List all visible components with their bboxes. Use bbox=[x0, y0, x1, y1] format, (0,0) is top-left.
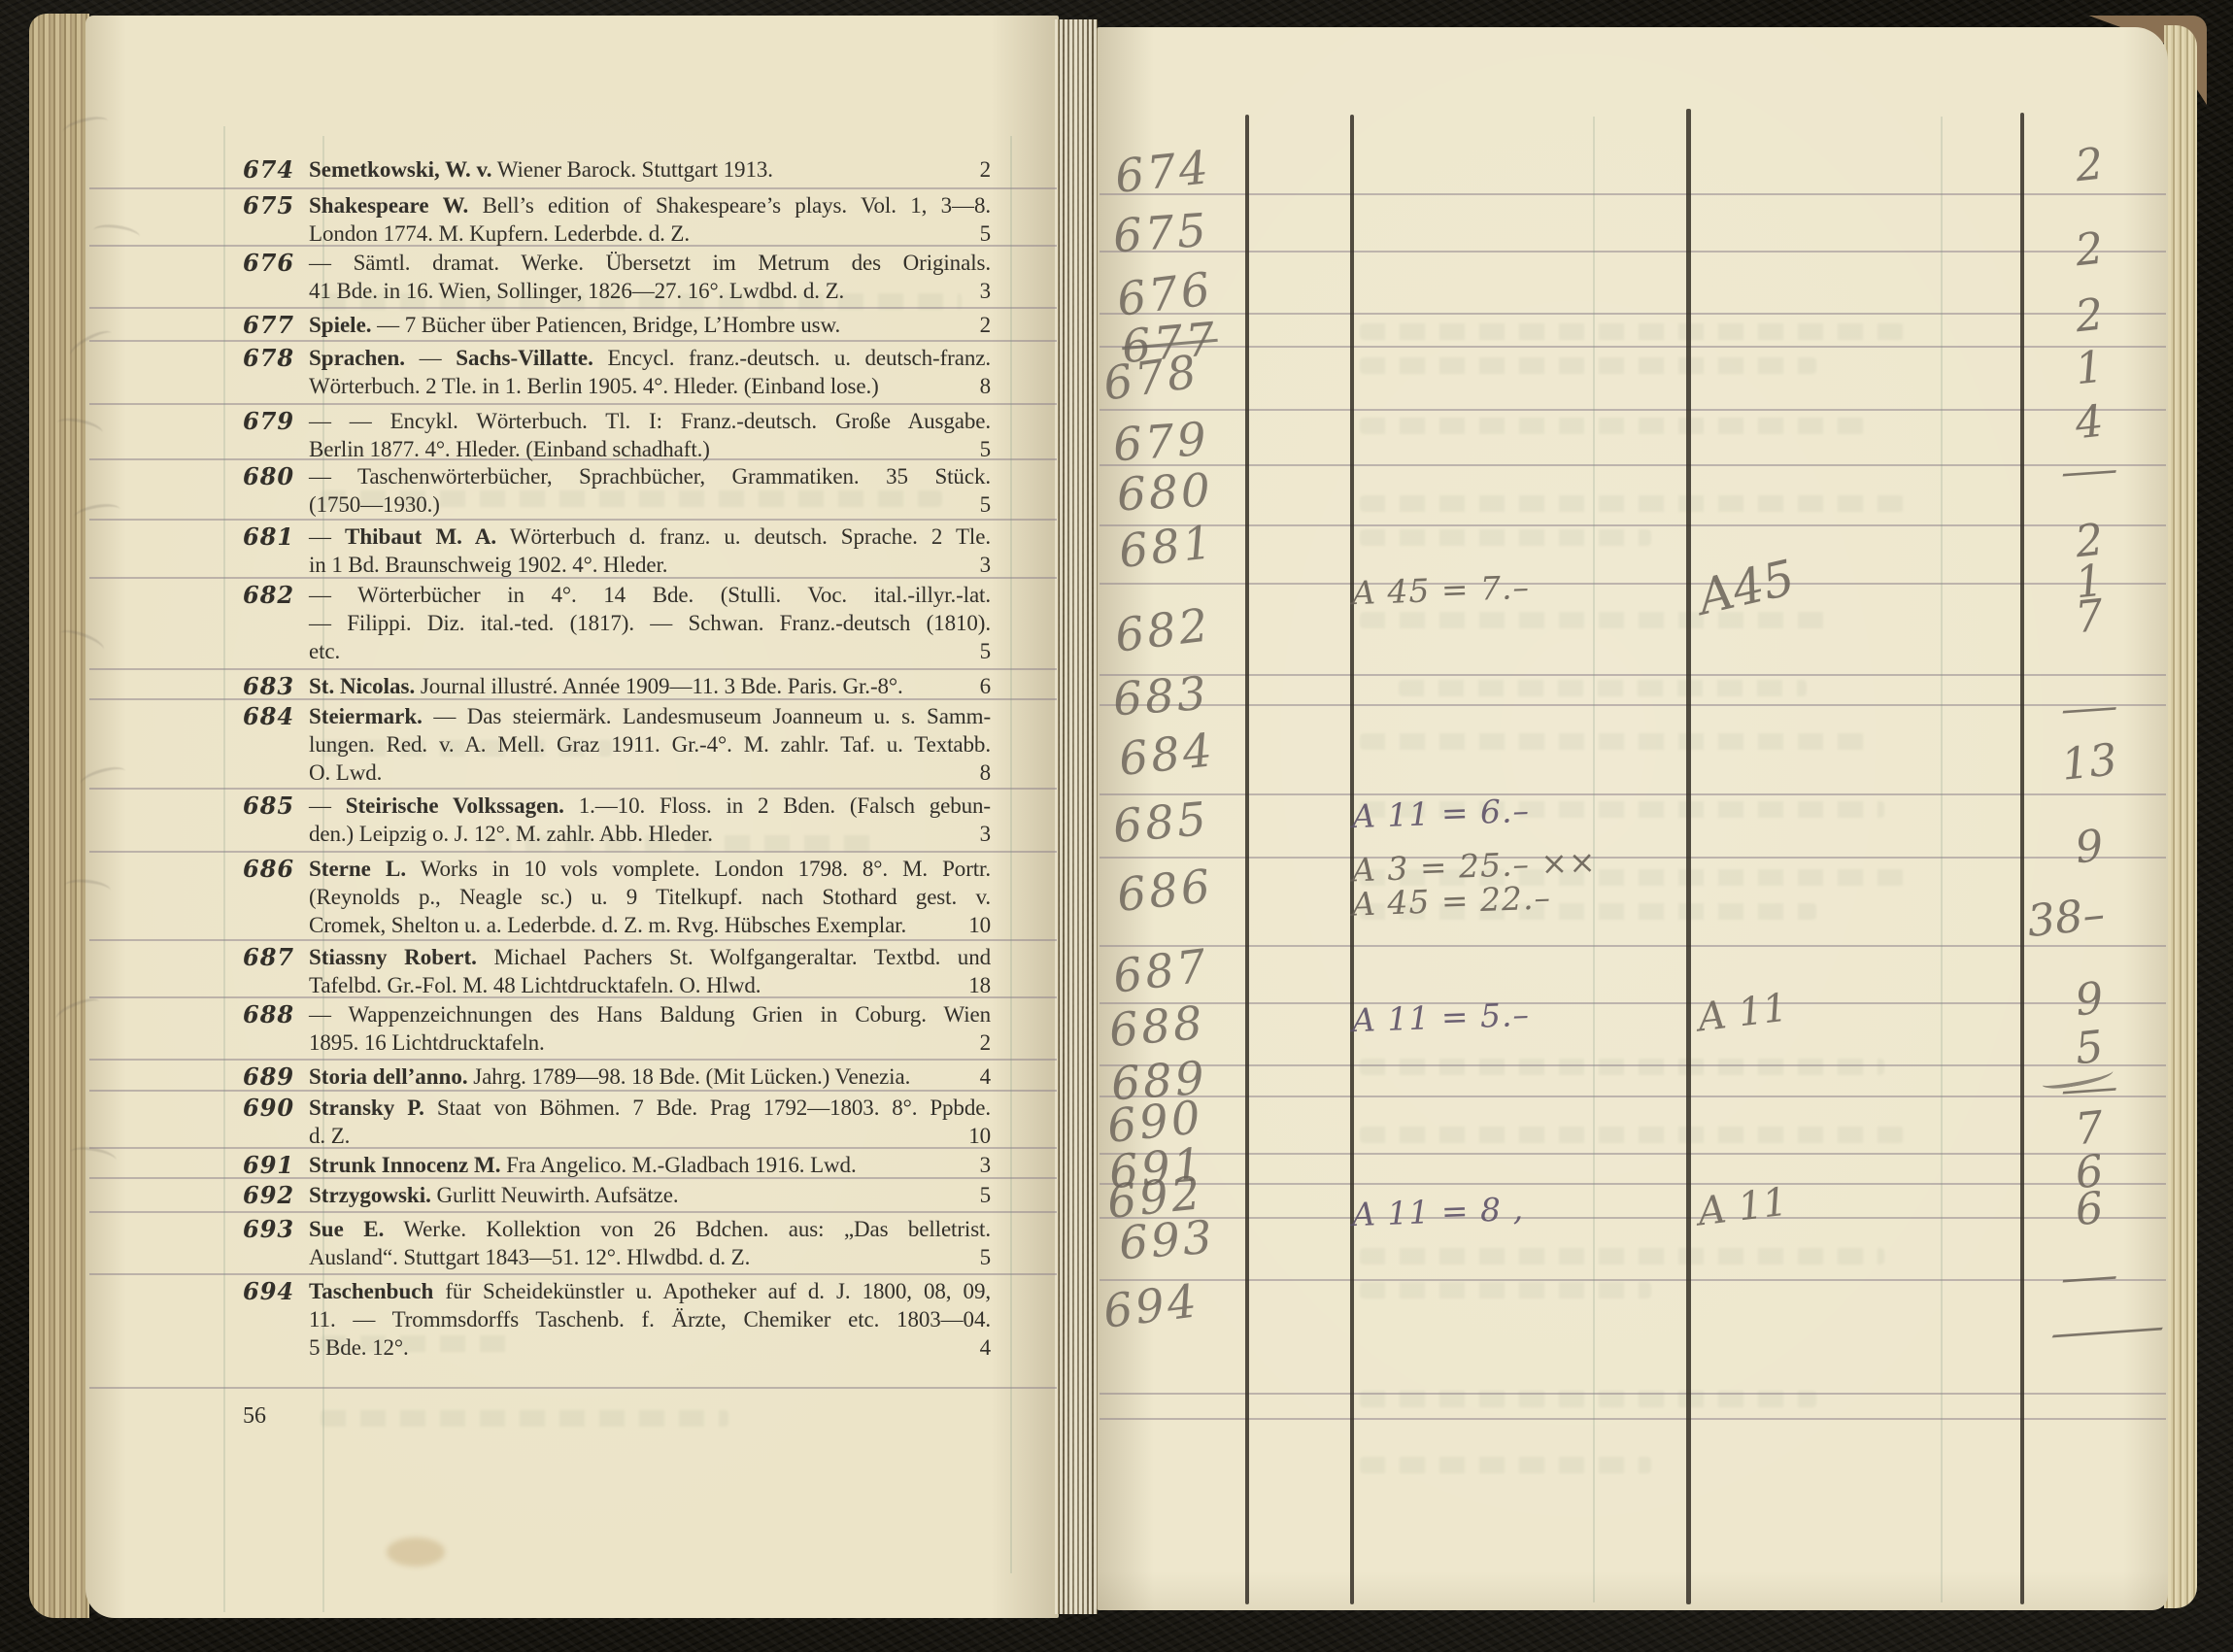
entry-lot-count: 3 bbox=[980, 820, 991, 848]
entry-lead-bold: Semetkowski, W. v. bbox=[309, 157, 492, 182]
entry-text-segment: Cromek, Shelton u. a. Lederbde. d. Z. m.… bbox=[309, 913, 906, 937]
bleed-through-column-rule bbox=[223, 126, 225, 1612]
ruled-line-right bbox=[1100, 1217, 2166, 1219]
entry-text: Strzygowski. Gurlitt Neuwirth. Aufsätze.… bbox=[309, 1181, 991, 1209]
bleed-through-text-line bbox=[1360, 418, 1865, 434]
entry-lot-count: 5 bbox=[980, 1181, 991, 1209]
entry-lead-bold: Strzygowski. bbox=[309, 1183, 431, 1207]
entry-lot-count: 10 bbox=[968, 1122, 991, 1150]
entry-text-segment: Werke. Kollektion von 26 Bdchen. aus: „D… bbox=[384, 1217, 991, 1241]
entry-lead-bold: Stiassny Robert. bbox=[309, 945, 477, 969]
entry-lead-bold: Stransky P. bbox=[309, 1096, 424, 1120]
entry-lot-count: 4 bbox=[980, 1333, 991, 1362]
ruled-line-right bbox=[1100, 793, 2166, 795]
entry-text-line: Stiassny Robert. Michael Pachers St. Wol… bbox=[309, 943, 991, 971]
entry-text-line: Steiermark. — Das steiermärk. Landesmuse… bbox=[309, 702, 991, 730]
ruled-line-left bbox=[89, 187, 1057, 189]
entry-text-line: Cromek, Shelton u. a. Lederbde. d. Z. m.… bbox=[309, 911, 991, 939]
ruled-line-right bbox=[1100, 1153, 2166, 1155]
entry-text-line: Strzygowski. Gurlitt Neuwirth. Aufsätze.… bbox=[309, 1181, 991, 1209]
entry-text-segment: Fra Angelico. M.-Gladbach 1916. Lwd. bbox=[500, 1153, 856, 1177]
entry-text: Strunk Innocenz M. Fra Angelico. M.-Glad… bbox=[309, 1151, 991, 1179]
ledger-number: 684 bbox=[1116, 724, 1217, 787]
entry-text-line: O. Lwd.8 bbox=[309, 759, 991, 787]
bleed-through-text-line bbox=[1360, 733, 1865, 750]
ruled-line-left bbox=[89, 1059, 1057, 1061]
entry-lot-count: 5 bbox=[980, 490, 991, 519]
ledger-number: 674 bbox=[1112, 141, 1213, 204]
entry-text-segment: Berlin 1877. 4°. Hleder. (Einband schadh… bbox=[309, 437, 710, 461]
entry-lot-count: 5 bbox=[980, 637, 991, 665]
ledger-number: 688 bbox=[1107, 996, 1207, 1058]
ruled-line-left bbox=[89, 788, 1057, 790]
entry-text-segment: d. Z. bbox=[309, 1124, 350, 1148]
ruled-line-left bbox=[89, 403, 1057, 405]
ruled-line-left bbox=[89, 519, 1057, 521]
bleed-through-text-line bbox=[1360, 495, 1904, 512]
ruled-line-left bbox=[89, 668, 1057, 670]
entry-text-line: 41 Bde. in 16. Wien, Sollinger, 1826—27.… bbox=[309, 277, 991, 305]
entry-text-line: d. Z.10 bbox=[309, 1122, 991, 1150]
entry-text: Sprachen. — Sachs-Villatte. Encycl. fran… bbox=[309, 344, 991, 400]
entry-text-segment: Journal illustré. Année 1909—11. 3 Bde. … bbox=[415, 674, 902, 698]
entry-text: Shakespeare W. Bell’s edition of Shakesp… bbox=[309, 191, 991, 248]
entry-lead-bold: Sue E. bbox=[309, 1217, 384, 1241]
entry-number: 689 bbox=[243, 1062, 301, 1091]
ruled-line-right bbox=[1100, 524, 2166, 526]
entry-text: Taschenbuch für Scheidekünstler u. Apoth… bbox=[309, 1277, 991, 1362]
entry-text-segment: — 7 Bücher über Patiencen, Bridge, L’Hom… bbox=[372, 313, 841, 337]
entry-text: — Thibaut M. A. Wörterbuch d. franz. u. … bbox=[309, 523, 991, 579]
entry-text-segment: — bbox=[309, 524, 345, 549]
right-page bbox=[1096, 27, 2168, 1610]
entry-number: 683 bbox=[243, 672, 301, 700]
ruled-line-right bbox=[1100, 583, 2166, 585]
entry-text: — Wappenzeichnungen des Hans Baldung Gri… bbox=[309, 1000, 991, 1057]
entry-text-segment: — bbox=[309, 793, 346, 818]
entry-text-line: Spiele. — 7 Bücher über Patiencen, Bridg… bbox=[309, 311, 991, 339]
ruled-line-right bbox=[1100, 1002, 2166, 1004]
entry-text-segment: etc. bbox=[309, 639, 340, 663]
entry-lead-bold: St. Nicolas. bbox=[309, 674, 415, 698]
bleed-through-text-line bbox=[1360, 357, 1816, 374]
entry-text-segment: Michael Pachers St. Wolfgangeraltar. Tex… bbox=[477, 945, 991, 969]
entry-text-line: St. Nicolas. Journal illustré. Année 190… bbox=[309, 672, 991, 700]
entry-text-line: Shakespeare W. Bell’s edition of Shakesp… bbox=[309, 191, 991, 219]
entry-lot-count: 5 bbox=[980, 1243, 991, 1271]
entry-text-segment: (1750—1930.) bbox=[309, 492, 440, 517]
entry-text-segment: Tafelbd. Gr.-Fol. M. 48 Lichtdrucktafeln… bbox=[309, 973, 761, 997]
entry-text: Stiassny Robert. Michael Pachers St. Wol… bbox=[309, 943, 991, 999]
bleed-through-column-rule bbox=[1010, 136, 1012, 1573]
ruled-line-left bbox=[89, 939, 1057, 941]
entry-text-line: den.) Leipzig o. J. 12°. M. zahlr. Abb. … bbox=[309, 820, 991, 848]
entry-text-segment: Encycl. franz.-deutsch. u. deutsch-franz… bbox=[593, 346, 991, 370]
entry-text-line: — Wappenzeichnungen des Hans Baldung Gri… bbox=[309, 1000, 991, 1028]
entry-text-segment: — bbox=[405, 346, 456, 370]
ledger-annotation: A 45 = 22.– bbox=[1351, 878, 1551, 923]
entry-number: 675 bbox=[243, 191, 301, 219]
bleed-through-text-line bbox=[1360, 1248, 1884, 1264]
entry-text-line: (1750—1930.)5 bbox=[309, 490, 991, 519]
entry-text: Semetkowski, W. v. Wiener Barock. Stuttg… bbox=[309, 155, 991, 184]
entry-text: — Taschenwörterbücher, Sprachbücher, Gra… bbox=[309, 462, 991, 519]
ledger-column-rule bbox=[1686, 109, 1691, 1604]
entry-text-segment: Gurlitt Neuwirth. Aufsätze. bbox=[431, 1183, 679, 1207]
entry-text-segment: den.) Leipzig o. J. 12°. M. zahlr. Abb. … bbox=[309, 822, 713, 846]
entry-lead-bold: Sterne L. bbox=[309, 857, 406, 881]
entry-text-line: — Taschenwörterbücher, Sprachbücher, Gra… bbox=[309, 462, 991, 490]
ledger-number: 693 bbox=[1117, 1211, 1216, 1271]
entry-number: 676 bbox=[243, 249, 301, 277]
entry-lead-bold: Strunk Innocenz M. bbox=[309, 1153, 500, 1177]
entry-text-segment: — Taschenwörterbücher, Sprachbücher, Gra… bbox=[309, 464, 991, 489]
entry-number: 681 bbox=[243, 523, 301, 551]
entry-number: 678 bbox=[243, 344, 301, 372]
entry-text-line: Sprachen. — Sachs-Villatte. Encycl. fran… bbox=[309, 344, 991, 372]
entry-text-segment: 41 Bde. in 16. Wien, Sollinger, 1826—27.… bbox=[309, 279, 844, 303]
bleed-through-text-line bbox=[321, 1410, 728, 1427]
ruled-line-left bbox=[89, 851, 1057, 853]
bleed-through-column-rule bbox=[1941, 117, 1943, 1602]
entry-text-line: 1895. 16 Lichtdrucktafeln.2 bbox=[309, 1028, 991, 1057]
entry-lead-bold: Steirische Volkssagen. bbox=[346, 793, 564, 818]
entry-text-segment: lungen. Red. v. A. Mell. Graz 1911. Gr.-… bbox=[309, 732, 991, 757]
ledger-column-rule bbox=[2020, 113, 2024, 1604]
entry-number: 692 bbox=[243, 1181, 301, 1209]
entry-text: — Steirische Volkssagen. 1.—10. Floss. i… bbox=[309, 792, 991, 848]
entry-text: Stransky P. Staat von Böhmen. 7 Bde. Pra… bbox=[309, 1094, 991, 1150]
entry-text-segment: Wörterbuch d. franz. u. deutsch. Sprache… bbox=[496, 524, 991, 549]
entry-text-line: (Reynolds p., Neagle sc.) u. 9 Titelkupf… bbox=[309, 883, 991, 911]
ruled-line-right bbox=[1100, 193, 2166, 195]
entry-lot-count: 5 bbox=[980, 435, 991, 463]
ruled-line-right bbox=[1100, 1183, 2166, 1185]
bleed-through-text-line bbox=[1360, 1127, 1904, 1143]
entry-text-line: Sterne L. Works in 10 vols vomplete. Lon… bbox=[309, 855, 991, 883]
entry-lot-count: 5 bbox=[980, 219, 991, 248]
ledger-number: 686 bbox=[1114, 860, 1215, 923]
bleed-through-text-line bbox=[1360, 1282, 1651, 1298]
ledger-annotation: A 45 = 7.– bbox=[1351, 568, 1530, 612]
entry-text-segment: in 1 Bd. Braunschweig 1902. 4°. Hleder. bbox=[309, 553, 667, 577]
entry-lot-count: 10 bbox=[968, 911, 991, 939]
ruled-line-right bbox=[1100, 251, 2166, 253]
entry-lot-count: 3 bbox=[980, 277, 991, 305]
entry-text-line: Berlin 1877. 4°. Hleder. (Einband schadh… bbox=[309, 435, 991, 463]
entry-lead-bold: Sachs-Villatte. bbox=[456, 346, 593, 370]
entry-text-line: Stransky P. Staat von Böhmen. 7 Bde. Pra… bbox=[309, 1094, 991, 1122]
bleed-through-text-line bbox=[1360, 1059, 1884, 1075]
entry-text-segment: Jahrg. 1789—98. 18 Bde. (Mit Lücken.) Ve… bbox=[468, 1064, 911, 1089]
ruled-line-right bbox=[1100, 1064, 2166, 1066]
ruled-line-left bbox=[89, 307, 1057, 309]
entry-lot-count: 6 bbox=[980, 672, 991, 700]
entry-text: Sue E. Werke. Kollektion von 26 Bdchen. … bbox=[309, 1215, 991, 1271]
ruled-line-left bbox=[89, 340, 1057, 342]
entry-text-segment: für Scheidekünstler u. Apotheker auf d. … bbox=[433, 1279, 991, 1303]
entry-text-line: Wörterbuch. 2 Tle. in 1. Berlin 1905. 4°… bbox=[309, 372, 991, 400]
entry-text-segment: 1895. 16 Lichtdrucktafeln. bbox=[309, 1030, 545, 1055]
entry-lead-bold: Taschenbuch bbox=[309, 1279, 433, 1303]
ruled-line-left bbox=[89, 1273, 1057, 1275]
entry-text-segment: 1.—10. Floss. in 2 Bden. (Falsch gebun- bbox=[564, 793, 991, 818]
entry-text-segment: London 1774. M. Kupfern. Lederbde. d. Z. bbox=[309, 221, 690, 246]
entry-text-line: in 1 Bd. Braunschweig 1902. 4°. Hleder.3 bbox=[309, 551, 991, 579]
bleed-through-text-line bbox=[1360, 323, 1904, 340]
ledger-annotation: A 11 = 8 , bbox=[1351, 1190, 1524, 1233]
entry-lot-count: 2 bbox=[980, 1028, 991, 1057]
entry-number: 687 bbox=[243, 943, 301, 971]
ledger-number: 683 bbox=[1111, 667, 1210, 727]
entry-text-segment: Bell’s edition of Shakespeare’s plays. V… bbox=[468, 193, 991, 218]
entry-text-line: Storia dell’anno. Jahrg. 1789—98. 18 Bde… bbox=[309, 1062, 991, 1091]
ledger-annotation: A 11 = 5.– bbox=[1351, 995, 1530, 1039]
ledger-column-rule bbox=[1245, 115, 1249, 1604]
page-number: 56 bbox=[243, 1403, 266, 1430]
entry-text-line: — — Encykl. Wörterbuch. Tl. I: Franz.-de… bbox=[309, 407, 991, 435]
entry-text-segment: Works in 10 vols vomplete. London 1798. … bbox=[406, 857, 991, 881]
entry-lot-count: 18 bbox=[968, 971, 991, 999]
entry-number: 684 bbox=[243, 702, 301, 730]
entry-number: 690 bbox=[243, 1094, 301, 1122]
entry-number: 679 bbox=[243, 407, 301, 435]
entry-text-segment: — Das steiermärk. Landesmuseum Joanneum … bbox=[423, 704, 991, 728]
entry-text-line: Ausland“. Stuttgart 1843—51. 12°. Hlwdbd… bbox=[309, 1243, 991, 1271]
entry-text-segment: — Wörterbücher in 4°. 14 Bde. (Stulli. V… bbox=[309, 583, 991, 607]
ruled-line-right bbox=[1100, 409, 2166, 411]
entry-text: Sterne L. Works in 10 vols vomplete. Lon… bbox=[309, 855, 991, 939]
page-edge-stack-left bbox=[29, 14, 89, 1618]
entry-text-line: Strunk Innocenz M. Fra Angelico. M.-Glad… bbox=[309, 1151, 991, 1179]
entry-text-line: London 1774. M. Kupfern. Lederbde. d. Z.… bbox=[309, 219, 991, 248]
ruled-line-right bbox=[1100, 313, 2166, 315]
entry-text-line: etc.5 bbox=[309, 637, 991, 665]
entry-text-segment: Staat von Böhmen. 7 Bde. Prag 1792—1803.… bbox=[424, 1096, 991, 1120]
ruled-line-left bbox=[89, 1387, 1057, 1389]
entry-lot-count: 2 bbox=[980, 311, 991, 339]
ledger-number: 685 bbox=[1111, 792, 1211, 854]
entry-text-segment: — Filippi. Diz. ital.-ted. (1817). — Sch… bbox=[309, 611, 991, 635]
entry-text-line: Taschenbuch für Scheidekünstler u. Apoth… bbox=[309, 1277, 991, 1305]
book-spread-scan: 674Semetkowski, W. v. Wiener Barock. Stu… bbox=[0, 0, 2233, 1652]
entry-text-line: Sue E. Werke. Kollektion von 26 Bdchen. … bbox=[309, 1215, 991, 1243]
ledger-number: 680 bbox=[1116, 463, 1214, 522]
entry-text-line: lungen. Red. v. A. Mell. Graz 1911. Gr.-… bbox=[309, 730, 991, 759]
bleed-through-text-line bbox=[1399, 680, 1807, 696]
entry-lead-bold: Shakespeare W. bbox=[309, 193, 468, 218]
entry-lot-count: 2 bbox=[980, 155, 991, 184]
entry-number: 686 bbox=[243, 855, 301, 883]
entry-number: 688 bbox=[243, 1000, 301, 1028]
ledger-annotation: A 11 = 6.– bbox=[1351, 792, 1530, 835]
ruled-line-right bbox=[1100, 1393, 2166, 1395]
entry-number: 680 bbox=[243, 462, 301, 490]
entry-text-line: Tafelbd. Gr.-Fol. M. 48 Lichtdrucktafeln… bbox=[309, 971, 991, 999]
ledger-number: 679 bbox=[1111, 413, 1210, 473]
entry-lot-count: 3 bbox=[980, 551, 991, 579]
entry-text: — Sämtl. dramat. Werke. Übersetzt im Met… bbox=[309, 249, 991, 305]
entry-number: 694 bbox=[243, 1277, 301, 1305]
entry-text-line: 11. — Trommsdorffs Taschenb. f. Ärzte, C… bbox=[309, 1305, 991, 1333]
entry-number: 674 bbox=[243, 155, 301, 184]
ledger-number: 681 bbox=[1116, 516, 1217, 579]
entry-text-segment: O. Lwd. bbox=[309, 760, 382, 785]
ruled-line-left bbox=[89, 1211, 1057, 1213]
entry-text-line: Semetkowski, W. v. Wiener Barock. Stuttg… bbox=[309, 155, 991, 184]
entry-number: 682 bbox=[243, 581, 301, 609]
entry-lead-bold: Spiele. bbox=[309, 313, 372, 337]
entry-text-segment: Ausland“. Stuttgart 1843—51. 12°. Hlwdbd… bbox=[309, 1245, 750, 1269]
entry-text: — Wörterbücher in 4°. 14 Bde. (Stulli. V… bbox=[309, 581, 991, 665]
entry-text-line: — Wörterbücher in 4°. 14 Bde. (Stulli. V… bbox=[309, 581, 991, 609]
entry-text-segment: 5 Bde. 12°. bbox=[309, 1335, 409, 1360]
ledger-number: 675 bbox=[1111, 204, 1210, 264]
entry-lot-count: 3 bbox=[980, 1151, 991, 1179]
entry-text-segment: — — Encykl. Wörterbuch. Tl. I: Franz.-de… bbox=[309, 409, 991, 433]
entry-text-line: 5 Bde. 12°.4 bbox=[309, 1333, 991, 1362]
ruled-line-right bbox=[1100, 674, 2166, 676]
entry-text: Storia dell’anno. Jahrg. 1789—98. 18 Bde… bbox=[309, 1062, 991, 1091]
entry-text-segment: Wörterbuch. 2 Tle. in 1. Berlin 1905. 4°… bbox=[309, 374, 879, 398]
bleed-through-text-line bbox=[1360, 1457, 1651, 1473]
entry-text-segment: (Reynolds p., Neagle sc.) u. 9 Titelkupf… bbox=[309, 885, 991, 909]
page-stain bbox=[387, 1537, 445, 1567]
entry-number: 691 bbox=[243, 1151, 301, 1179]
entry-number: 677 bbox=[243, 311, 301, 339]
entry-lot-count: 4 bbox=[980, 1062, 991, 1091]
entry-text: Steiermark. — Das steiermärk. Landesmuse… bbox=[309, 702, 991, 787]
entry-text-line: — Steirische Volkssagen. 1.—10. Floss. i… bbox=[309, 792, 991, 820]
entry-number: 685 bbox=[243, 792, 301, 820]
entry-text-segment: 11. — Trommsdorffs Taschenb. f. Ärzte, C… bbox=[309, 1307, 991, 1332]
ruled-line-right bbox=[1100, 1418, 2166, 1420]
bleed-through-text-line bbox=[1360, 529, 1651, 546]
page-edge-stack-right bbox=[2164, 25, 2197, 1608]
ruled-line-right bbox=[1100, 857, 2166, 859]
entry-lot-count: 8 bbox=[980, 372, 991, 400]
book-gutter bbox=[1055, 19, 1098, 1614]
entry-text-line: — Sämtl. dramat. Werke. Übersetzt im Met… bbox=[309, 249, 991, 277]
ruled-line-right bbox=[1100, 346, 2166, 348]
entry-number: 693 bbox=[243, 1215, 301, 1243]
entry-lot-count: 8 bbox=[980, 759, 991, 787]
entry-text: St. Nicolas. Journal illustré. Année 190… bbox=[309, 672, 991, 700]
entry-text: — — Encykl. Wörterbuch. Tl. I: Franz.-de… bbox=[309, 407, 991, 463]
entry-text-segment: Wiener Barock. Stuttgart 1913. bbox=[492, 157, 773, 182]
entry-lead-bold: Thibaut M. A. bbox=[345, 524, 496, 549]
entry-lead-bold: Sprachen. bbox=[309, 346, 405, 370]
entry-text-line: — Filippi. Diz. ital.-ted. (1817). — Sch… bbox=[309, 609, 991, 637]
entry-lead-bold: Steiermark. bbox=[309, 704, 423, 728]
entry-text: Spiele. — 7 Bücher über Patiencen, Bridg… bbox=[309, 311, 991, 339]
entry-text-line: — Thibaut M. A. Wörterbuch d. franz. u. … bbox=[309, 523, 991, 551]
entry-lead-bold: Storia dell’anno. bbox=[309, 1064, 468, 1089]
entry-text-segment: — Sämtl. dramat. Werke. Übersetzt im Met… bbox=[309, 251, 991, 275]
entry-text-segment: — Wappenzeichnungen des Hans Baldung Gri… bbox=[309, 1002, 991, 1027]
